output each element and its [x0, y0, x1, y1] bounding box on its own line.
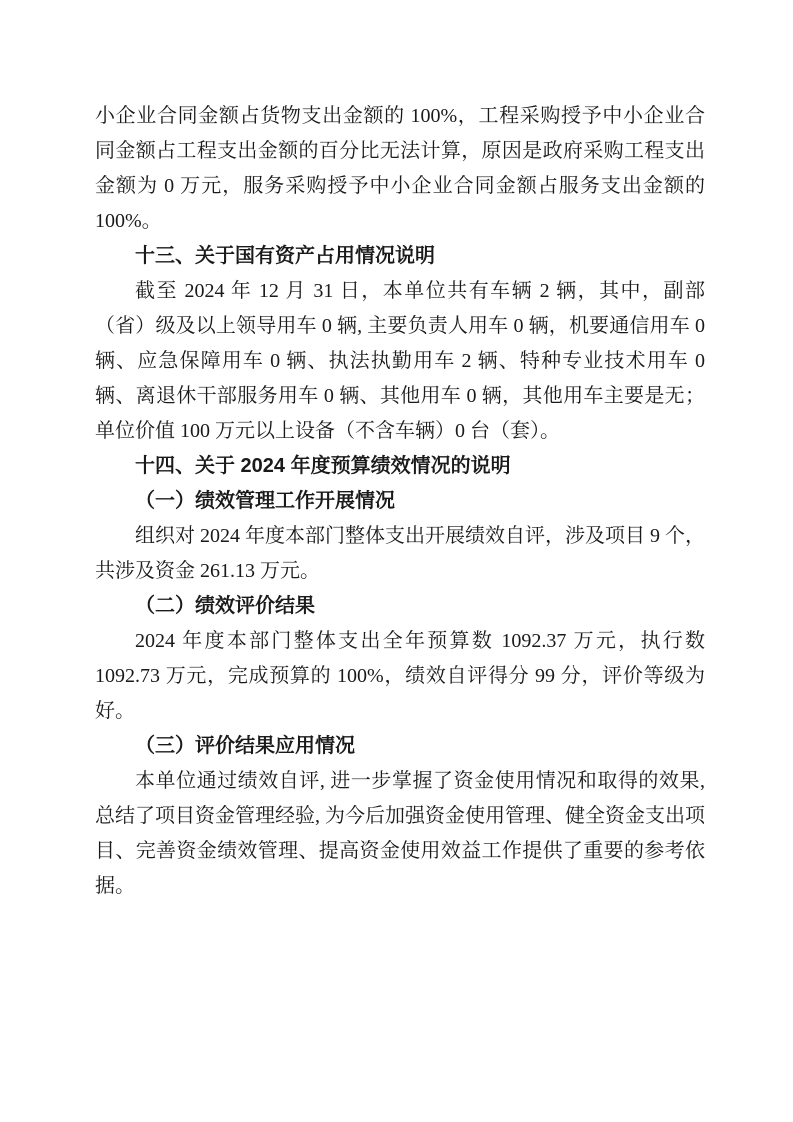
paragraph-evaluation-results: 2024 年度本部门整体支出全年预算数 1092.37 万元，执行数 1092.…: [95, 624, 705, 729]
subsection-heading-1-performance-management: （一）绩效管理工作开展情况: [95, 484, 705, 519]
document-page: 小企业合同金额占货物支出金额的 100%，工程采购授予中小企业合同金额占工程支出…: [0, 0, 793, 1122]
paragraph-government-procurement-continuation: 小企业合同金额占货物支出金额的 100%，工程采购授予中小企业合同金额占工程支出…: [95, 99, 705, 239]
paragraph-performance-management: 组织对 2024 年度本部门整体支出开展绩效自评，涉及项目 9 个，共涉及资金 …: [95, 519, 705, 589]
subsection-heading-2-evaluation-results: （二）绩效评价结果: [95, 589, 705, 624]
section-heading-14-budget-performance: 十四、关于 2024 年度预算绩效情况的说明: [95, 449, 705, 484]
subsection-heading-3-results-application: （三）评价结果应用情况: [95, 729, 705, 764]
document-content: 小企业合同金额占货物支出金额的 100%，工程采购授予中小企业合同金额占工程支出…: [95, 99, 705, 904]
paragraph-state-assets-occupancy: 截至 2024 年 12 月 31 日，本单位共有车辆 2 辆，其中，副部（省）…: [95, 274, 705, 449]
paragraph-results-application: 本单位通过绩效自评, 进一步掌握了资金使用情况和取得的效果, 总结了项目资金管理…: [95, 764, 705, 904]
section-heading-13-state-assets: 十三、关于国有资产占用情况说明: [95, 239, 705, 274]
